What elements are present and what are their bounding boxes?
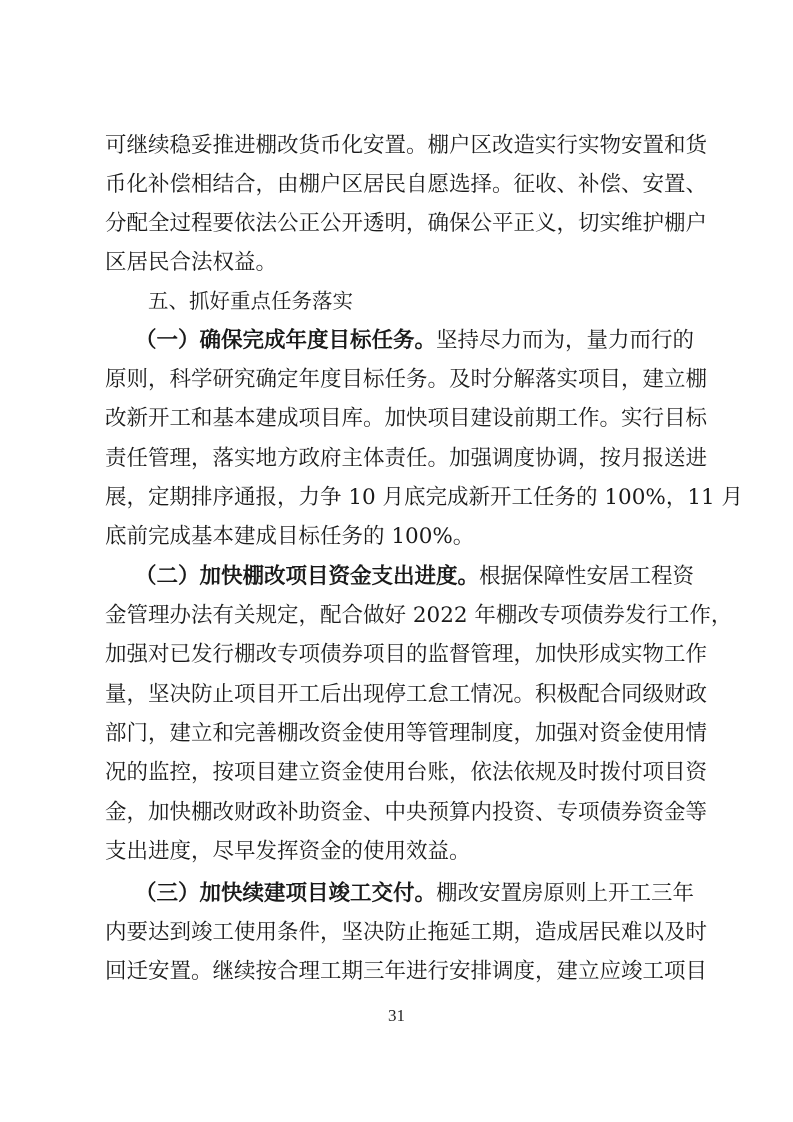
page-number: 31	[0, 1006, 793, 1026]
subsection-first-line: （二）加快棚改项目资金支出进度。根据保障性安居工程资	[135, 557, 691, 596]
paragraph-line: 内要达到竣工使用条件，坚决防止拖延工期，造成居民难以及时	[105, 913, 691, 952]
subsection-first-line: （三）加快续建项目竣工交付。棚改安置房原则上开工三年	[135, 874, 691, 913]
subsection-title: （三）加快续建项目竣工交付。	[135, 881, 436, 906]
paragraph-line: 币化补偿相结合，由棚户区居民自愿选择。征收、补偿、安置、	[105, 165, 691, 204]
paragraph-line: 量，坚决防止项目开工后出现停工怠工情况。积极配合同级财政	[105, 675, 691, 714]
paragraph-line: 可继续稳妥推进棚改货币化安置。棚户区改造实行实物安置和货	[105, 126, 691, 165]
paragraph-line: 回迁安置。继续按合理工期三年进行安排调度，建立应竣工项目	[105, 952, 691, 991]
paragraph-line: 部门，建立和完善棚改资金使用等管理制度，加强对资金使用情	[105, 714, 691, 753]
document-page: 可继续稳妥推进棚改货币化安置。棚户区改造实行实物安置和货 币化补偿相结合，由棚户…	[0, 0, 793, 1122]
subsection-text: 坚持尽力而为，量力而行的	[436, 328, 694, 353]
subsection-text: 根据保障性安居工程资	[479, 564, 694, 589]
paragraph-line: 分配全过程要依法公正公开透明，确保公平正义，切实维护棚户	[105, 204, 691, 243]
paragraph-line: 展，定期排序通报，力争 10 月底完成新开工任务的 100%，11 月	[105, 478, 691, 517]
paragraph-line: 区居民合法权益。	[105, 243, 691, 282]
section-heading: 五、抓好重点任务落实	[148, 282, 688, 321]
paragraph-line: 责任管理，落实地方政府主体责任。加强调度协调，按月报送进	[105, 439, 691, 478]
paragraph-line: 金，加快棚改财政补助资金、中央预算内投资、专项债券资金等	[105, 793, 691, 832]
paragraph-line: 底前完成基本建成目标任务的 100%。	[105, 517, 691, 556]
paragraph-line: 原则，科学研究确定年度目标任务。及时分解落实项目，建立棚	[105, 360, 691, 399]
subsection-first-line: （一）确保完成年度目标任务。坚持尽力而为，量力而行的	[135, 321, 691, 360]
paragraph-line: 金管理办法有关规定，配合做好 2022 年棚改专项债券发行工作，	[105, 596, 691, 635]
paragraph-line: 改新开工和基本建成项目库。加快项目建设前期工作。实行目标	[105, 399, 691, 438]
subsection-title: （一）确保完成年度目标任务。	[135, 328, 436, 353]
subsection-title: （二）加快棚改项目资金支出进度。	[135, 564, 479, 589]
paragraph-line: 加强对已发行棚改专项债券项目的监督管理，加快形成实物工作	[105, 635, 691, 674]
subsection-text: 棚改安置房原则上开工三年	[436, 881, 694, 906]
paragraph-line: 支出进度，尽早发挥资金的使用效益。	[105, 832, 691, 871]
paragraph-line: 况的监控，按项目建立资金使用台账，依法依规及时拨付项目资	[105, 753, 691, 792]
